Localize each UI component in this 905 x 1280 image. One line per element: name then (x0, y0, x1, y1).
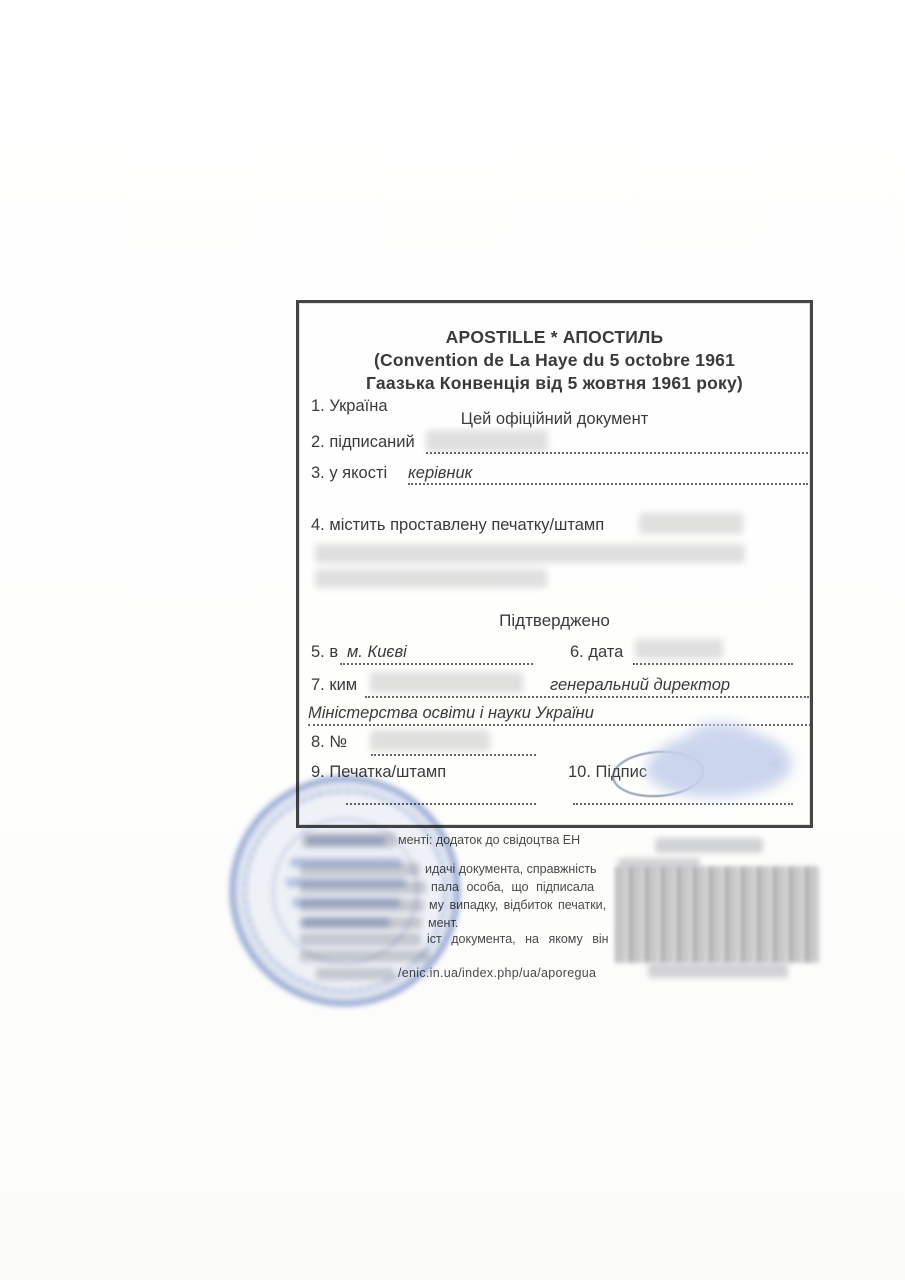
dotted-line-3 (408, 483, 808, 485)
scanned-apostille-page: APOSTILLE * АПОСТИЛЬ (Convention de La H… (0, 0, 905, 1280)
redacted-footer-line-3 (300, 899, 424, 912)
convention-line-uk: Гаазька Конвенція від 5 жовтня 1961 року… (299, 373, 810, 393)
redacted-seal-text-3 (315, 569, 547, 588)
dotted-line-6 (633, 663, 793, 665)
redacted-date (635, 639, 723, 659)
apostille-title: APOSTILLE * АПОСТИЛЬ (299, 327, 810, 347)
footer-paragraph-line-3: му випадку, відбиток печатки, (429, 898, 606, 913)
field-by-whom-value: генеральний директор (550, 676, 730, 695)
footer-note-line: менті: додаток до свідоцтва ЕН (398, 833, 580, 848)
dotted-line-7 (365, 696, 809, 698)
redacted-number (370, 730, 490, 751)
footer-paragraph-line-2: пала особа, що підписала (431, 880, 594, 895)
redacted-footer-line-6 (300, 950, 430, 962)
redacted-number-top (655, 838, 763, 853)
signature-upper-stroke (690, 722, 750, 752)
redacted-caption (618, 858, 700, 868)
convention-line-fr: (Convention de La Haye du 5 octobre 1961 (299, 350, 810, 370)
dotted-line-9 (346, 803, 536, 805)
confirmed-heading: Підтверджено (299, 611, 810, 631)
redacted-footer-line-2 (300, 881, 426, 894)
redacted-official-name (370, 672, 523, 693)
redacted-url-start (316, 968, 394, 980)
footer-url: /enic.in.ua/index.php/ua/aporegua (398, 966, 596, 981)
redacted-seal-text-1 (639, 513, 743, 534)
footer-paragraph-line-5: іст документа, на якому він (427, 932, 609, 947)
field-city-label: 5. в (311, 643, 338, 662)
redacted-footer-line-4 (300, 917, 422, 929)
footer-paragraph-line-4: мент. (428, 916, 458, 931)
dotted-line-2 (426, 452, 808, 454)
field-number-label: 8. № (311, 733, 347, 752)
footer-paragraph-line-1: идачі документа, справжність (425, 862, 597, 877)
field-seal-label: 4. містить проставлену печатку/штамп (311, 516, 604, 535)
redacted-signer-name (426, 430, 548, 452)
redacted-seal-text-2 (315, 544, 745, 563)
redacted-footer-line-1 (300, 863, 420, 876)
redacted-footer-line-5 (300, 933, 421, 946)
field-capacity-value: керівник (408, 464, 472, 483)
redacted-footer-note-start (302, 833, 396, 848)
field-stamp-label: 9. Печатка/штамп (311, 763, 446, 782)
redacted-number-bottom (648, 963, 788, 978)
intro-line: Цей офіційний документ (299, 410, 810, 429)
dotted-line-8 (371, 754, 536, 756)
field-capacity-label: 3. у якості (311, 464, 387, 483)
field-by-whom-label: 7. ким (311, 676, 357, 695)
dotted-line-10 (573, 803, 793, 805)
field-by-whom-value-cont: Міністерства освіти і науки України (308, 704, 594, 723)
dotted-line-5 (340, 663, 533, 665)
field-signed-label: 2. підписаний (311, 433, 415, 452)
field-city-value: м. Києві (347, 643, 407, 662)
barcode-redacted (615, 866, 820, 963)
field-date-label: 6. дата (570, 643, 623, 662)
